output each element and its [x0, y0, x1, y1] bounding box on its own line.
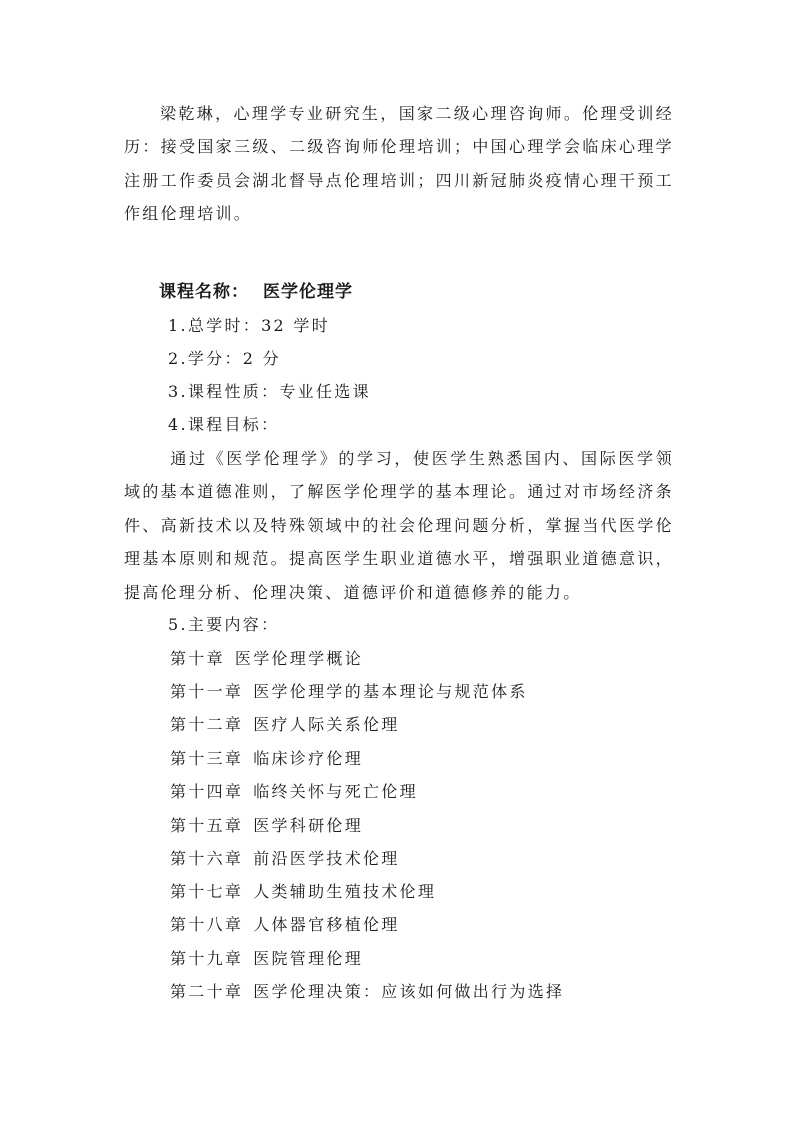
credits-item: 2.学分：2 分 — [168, 347, 281, 371]
chapter-title: 医学伦理学的基本理论与规范体系 — [253, 682, 528, 701]
chapter-item: 第十八章人体器官移植伦理 — [170, 913, 400, 937]
chapter-number: 第十九章 — [170, 949, 243, 968]
chapter-title: 人类辅助生殖技术伦理 — [253, 882, 436, 901]
objective-text: 通过《医学伦理学》的学习，使医学生熟悉国内、国际医学领域的基本道德准则，了解医学… — [124, 449, 674, 602]
chapter-item: 第十九章医院管理伦理 — [170, 947, 363, 971]
chapter-title: 医学伦理决策：应该如何做出行为选择 — [253, 982, 564, 1001]
course-title-heading: 课程名称：医学伦理学 — [159, 277, 353, 307]
chapter-number: 第十八章 — [170, 915, 243, 934]
chapter-item: 第二十章医学伦理决策：应该如何做出行为选择 — [170, 980, 564, 1004]
chapter-number: 第二十章 — [170, 982, 243, 1001]
chapter-number: 第十四章 — [170, 782, 243, 801]
chapter-number: 第十一章 — [170, 682, 243, 701]
course-name-label: 课程名称： — [159, 282, 249, 302]
chapter-item: 第十五章医学科研伦理 — [170, 814, 363, 838]
objective-paragraph: 通过《医学伦理学》的学习，使医学生熟悉国内、国际医学领域的基本道德准则，了解医学… — [124, 442, 674, 609]
chapter-title: 医院管理伦理 — [253, 949, 363, 968]
main-content-label: 5.主要内容： — [168, 613, 279, 637]
chapter-number: 第十章 — [170, 649, 225, 668]
chapter-number: 第十三章 — [170, 749, 243, 768]
chapter-title: 前沿医学技术伦理 — [253, 849, 399, 868]
chapter-title: 人体器官移植伦理 — [253, 915, 399, 934]
chapter-title: 医疗人际关系伦理 — [253, 715, 399, 734]
chapter-title: 临床诊疗伦理 — [253, 749, 363, 768]
course-objective-label: 4.课程目标： — [168, 413, 279, 437]
chapter-title: 医学科研伦理 — [253, 816, 363, 835]
total-hours-item: 1.总学时：32 学时 — [168, 314, 330, 338]
course-name: 医学伦理学 — [263, 282, 353, 302]
chapter-number: 第十七章 — [170, 882, 243, 901]
chapter-number: 第十五章 — [170, 816, 243, 835]
chapter-item: 第十七章人类辅助生殖技术伦理 — [170, 880, 436, 904]
chapter-item: 第十三章临床诊疗伦理 — [170, 747, 363, 771]
chapter-title: 医学伦理学概论 — [235, 649, 363, 668]
chapter-item: 第十六章前沿医学技术伦理 — [170, 847, 400, 871]
bio-paragraph: 梁乾琳，心理学专业研究生，国家二级心理咨询师。伦理受训经历：接受国家三级、二级咨… — [124, 97, 674, 231]
chapter-item: 第十章医学伦理学概论 — [170, 647, 363, 671]
chapter-title: 临终关怀与死亡伦理 — [253, 782, 418, 801]
chapter-item: 第十一章医学伦理学的基本理论与规范体系 — [170, 680, 528, 704]
chapter-number: 第十六章 — [170, 849, 243, 868]
document-page: 梁乾琳，心理学专业研究生，国家二级心理咨询师。伦理受训经历：接受国家三级、二级咨… — [0, 0, 793, 1122]
bio-text: 梁乾琳，心理学专业研究生，国家二级心理咨询师。伦理受训经历：接受国家三级、二级咨… — [124, 104, 674, 223]
chapter-number: 第十二章 — [170, 715, 243, 734]
chapter-item: 第十二章医疗人际关系伦理 — [170, 713, 400, 737]
chapter-item: 第十四章临终关怀与死亡伦理 — [170, 780, 418, 804]
course-type-item: 3.课程性质：专业任选课 — [168, 380, 371, 404]
